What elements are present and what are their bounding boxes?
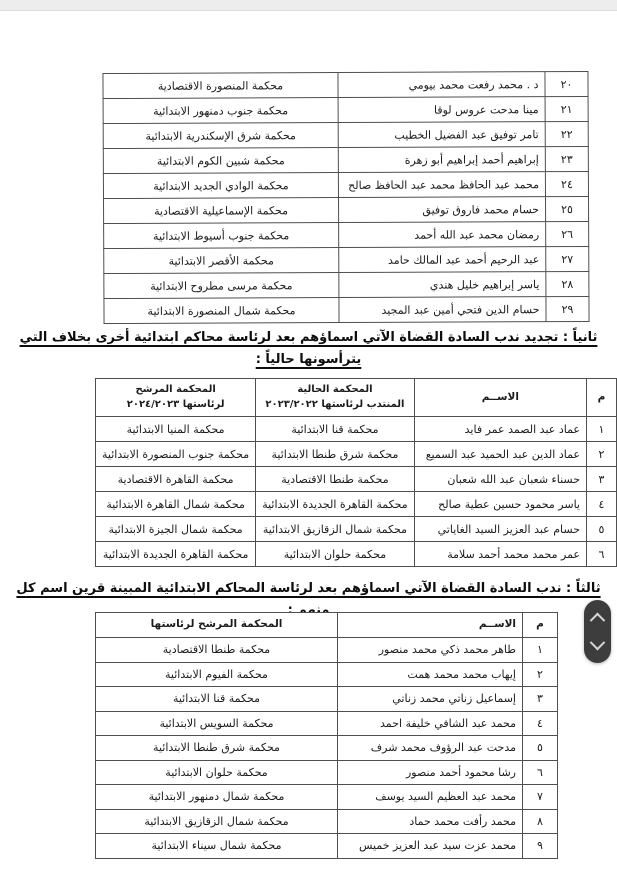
judge-name: مدحت عبد الرؤوف محمد شرف bbox=[338, 736, 523, 761]
table-row: ٢٠ د . محمد رفعت محمد بيومي محكمة المنصو… bbox=[103, 71, 588, 98]
header-nominated-court-line2: لرئاستها ٢٠٢٤/٢٠٢٣ bbox=[102, 398, 249, 413]
header-current-court: المحكمة الحالية المنتدب لرئاستها ٢٠٢٣/٢٠… bbox=[256, 379, 414, 417]
row-number: ٢٦ bbox=[546, 221, 589, 246]
judge-name: ياسر إبراهيم خليل هندي bbox=[339, 272, 546, 298]
judge-name: إيهاب محمد محمد همت bbox=[338, 662, 523, 687]
court-name: محكمة المنصورة الاقتصادية bbox=[103, 73, 338, 99]
header-current-court-line1: المحكمة الحالية bbox=[262, 383, 407, 398]
current-court: محكمة القاهرة الجديدة الابتدائية bbox=[256, 492, 414, 517]
judge-name: محمد عزت سيد عبد العزيز خميس bbox=[338, 834, 523, 859]
header-number: م bbox=[587, 379, 617, 417]
table-row: ٢٧ عبد الرحيم أحمد عبد المالك حامد محكمة… bbox=[104, 246, 589, 273]
judge-name: حسام الدين فتحي أمين عبد المجيد bbox=[339, 297, 546, 323]
table-row: ٢٥ حسام محمد فاروق توفيق محكمة الإسماعيل… bbox=[104, 196, 589, 223]
judge-name: عبد الرحيم أحمد عبد المالك حامد bbox=[339, 247, 546, 273]
judge-name: حسام عبد العزيز السيد الغاياتي bbox=[414, 517, 586, 542]
current-court: محكمة شمال الزقازيق الابتدائية bbox=[256, 517, 414, 542]
judge-name: د . محمد رفعت محمد بيومي bbox=[338, 72, 545, 98]
nominated-court: محكمة شمال الزقازيق الابتدائية bbox=[96, 809, 338, 834]
page-top-edge bbox=[0, 0, 617, 11]
judge-name: رشا محمود أحمد منصور bbox=[338, 760, 523, 785]
row-number: ١ bbox=[587, 417, 617, 442]
judge-name: إسماعيل زناتي محمد زناتي bbox=[338, 687, 523, 712]
court-name: محكمة جنوب أسيوط الابتدائية bbox=[104, 223, 339, 249]
row-number: ٣ bbox=[587, 467, 617, 492]
judge-name: ياسر محمود حسين عطية صالح bbox=[414, 492, 586, 517]
table-row: ٢٢ تامر توفيق عبد الفضيل الخطيب محكمة شر… bbox=[103, 121, 588, 148]
judge-name: رمضان محمد عبد الله أحمد bbox=[339, 222, 546, 248]
court-name: محكمة مرسى مطروح الابتدائية bbox=[104, 273, 339, 299]
judge-name: محمد عبد الحافظ محمد عبد الحافظ صالح bbox=[338, 172, 545, 198]
court-name: محكمة الوادي الجديد الابتدائية bbox=[103, 173, 338, 199]
court-name: محكمة جنوب دمنهور الابتدائية bbox=[103, 98, 338, 124]
chevron-up-icon bbox=[590, 613, 606, 629]
nominated-court: محكمة القاهرة الاقتصادية bbox=[96, 467, 256, 492]
nominated-court: محكمة المنيا الابتدائية bbox=[96, 417, 256, 442]
table-row: ٢١ مينا مدحت عروس لوقا محكمة جنوب دمنهور… bbox=[103, 96, 588, 123]
nominated-court: محكمة الفيوم الابتدائية bbox=[96, 662, 338, 687]
nominated-court: محكمة السويس الابتدائية bbox=[96, 711, 338, 736]
nominated-court: محكمة جنوب المنصورة الابتدائية bbox=[96, 442, 256, 467]
section2-heading-line2: يترأسونها حالياً : bbox=[256, 352, 362, 367]
scroll-widget bbox=[584, 600, 611, 663]
nominated-court: محكمة طنطا الاقتصادية bbox=[96, 638, 338, 663]
row-number: ٢٥ bbox=[545, 196, 588, 221]
judge-name: مينا مدحت عروس لوقا bbox=[338, 97, 545, 123]
row-number: ٤ bbox=[523, 711, 558, 736]
current-court: محكمة حلوان الابتدائية bbox=[256, 542, 414, 567]
table-row: ٧ محمد عبد العظيم السيد يوسف محكمة شمال … bbox=[96, 785, 558, 810]
row-number: ٢٧ bbox=[546, 246, 589, 271]
nominated-court: محكمة شمال القاهرة الابتدائية bbox=[96, 492, 256, 517]
judge-name: حسام محمد فاروق توفيق bbox=[339, 197, 546, 223]
table-continued-list: ٢٠ د . محمد رفعت محمد بيومي محكمة المنصو… bbox=[102, 71, 589, 324]
judge-name: عمر محمد محمد أحمد سلامة bbox=[414, 542, 586, 567]
scanned-judicial-document: { "table1": { "rows": [ {"num": "٢٠", "n… bbox=[0, 0, 617, 896]
row-number: ٨ bbox=[523, 809, 558, 834]
chevron-down-icon bbox=[590, 635, 606, 651]
scroll-up-button[interactable] bbox=[588, 608, 607, 627]
row-number: ٢١ bbox=[545, 96, 588, 121]
row-number: ٥ bbox=[587, 517, 617, 542]
judge-name: عماد عبد الصمد عمر فايد bbox=[414, 417, 586, 442]
row-number: ٢٠ bbox=[545, 71, 588, 96]
row-number: ٢ bbox=[587, 442, 617, 467]
table-header-row: م الاســم المحكمة الحالية المنتدب لرئاست… bbox=[96, 379, 617, 417]
table-row: ٢٩ حسام الدين فتحي أمين عبد المجيد محكمة… bbox=[104, 296, 589, 323]
nominated-court: محكمة شمال الجيزة الابتدائية bbox=[96, 517, 256, 542]
table-header-row: م الاســم المحكمة المرشح لرئاستها bbox=[96, 613, 558, 638]
row-number: ٣ bbox=[523, 687, 558, 712]
row-number: ١ bbox=[523, 638, 558, 663]
judge-name: محمد رأفت محمد حماد bbox=[338, 809, 523, 834]
current-court: محكمة شرق طنطا الابتدائية bbox=[256, 442, 414, 467]
table-row: ٢٨ ياسر إبراهيم خليل هندي محكمة مرسى مطر… bbox=[104, 271, 589, 298]
scroll-down-button[interactable] bbox=[588, 636, 607, 655]
nominated-court: محكمة شمال دمنهور الابتدائية bbox=[96, 785, 338, 810]
court-name: محكمة شمال المنصورة الابتدائية bbox=[104, 298, 339, 324]
table-row: ٣ إسماعيل زناتي محمد زناتي محكمة قنا الا… bbox=[96, 687, 558, 712]
table-row: ٩ محمد عزت سيد عبد العزيز خميس محكمة شما… bbox=[96, 834, 558, 859]
header-name: الاســم bbox=[414, 379, 586, 417]
table-row: ٢٦ رمضان محمد عبد الله أحمد محكمة جنوب أ… bbox=[104, 221, 589, 248]
nominated-court: محكمة قنا الابتدائية bbox=[96, 687, 338, 712]
current-court: محكمة قنا الابتدائية bbox=[256, 417, 414, 442]
row-number: ٤ bbox=[587, 492, 617, 517]
nominated-court: محكمة القاهرة الجديدة الابتدائية bbox=[96, 542, 256, 567]
judge-name: محمد عبد الشافي خليفة احمد bbox=[338, 711, 523, 736]
table-renewal-delegations: م الاســم المحكمة الحالية المنتدب لرئاست… bbox=[95, 378, 617, 567]
header-name: الاســم bbox=[338, 613, 523, 638]
nominated-court: محكمة شرق طنطا الابتدائية bbox=[96, 736, 338, 761]
table-row: ٢٤ محمد عبد الحافظ محمد عبد الحافظ صالح … bbox=[103, 171, 588, 198]
table-row: ١ عماد عبد الصمد عمر فايد محكمة قنا الاب… bbox=[96, 417, 617, 442]
table-row: ٢ إيهاب محمد محمد همت محكمة الفيوم الابت… bbox=[96, 662, 558, 687]
row-number: ٢٤ bbox=[545, 171, 588, 196]
table-row: ٢٣ إبراهيم أحمد إبراهيم أبو زهرة محكمة ش… bbox=[103, 146, 588, 173]
court-name: محكمة شرق الإسكندرية الابتدائية bbox=[103, 123, 338, 149]
row-number: ٢٢ bbox=[545, 121, 588, 146]
judge-name: تامر توفيق عبد الفضيل الخطيب bbox=[338, 122, 545, 148]
row-number: ٦ bbox=[587, 542, 617, 567]
header-nominated-court-line1: المحكمة المرشح bbox=[102, 383, 249, 398]
table-row: ٤ ياسر محمود حسين عطية صالح محكمة القاهر… bbox=[96, 492, 617, 517]
header-current-court-line2: المنتدب لرئاستها ٢٠٢٣/٢٠٢٢ bbox=[262, 398, 407, 413]
current-court: محكمة طنطا الاقتصادية bbox=[256, 467, 414, 492]
table-row: ٦ عمر محمد محمد أحمد سلامة محكمة حلوان ا… bbox=[96, 542, 617, 567]
row-number: ٢٩ bbox=[546, 296, 589, 321]
row-number: ٥ bbox=[523, 736, 558, 761]
table-row: ٤ محمد عبد الشافي خليفة احمد محكمة السوي… bbox=[96, 711, 558, 736]
table-row: ٨ محمد رأفت محمد حماد محكمة شمال الزقازي… bbox=[96, 809, 558, 834]
row-number: ٢٨ bbox=[546, 271, 589, 296]
header-number: م bbox=[523, 613, 558, 638]
table-new-delegations: م الاســم المحكمة المرشح لرئاستها ١ طاهر… bbox=[95, 612, 558, 859]
table-row: ٢ عماد الدين عبد الحميد عبد السميع محكمة… bbox=[96, 442, 617, 467]
row-number: ٧ bbox=[523, 785, 558, 810]
court-name: محكمة شبين الكوم الابتدائية bbox=[103, 148, 338, 174]
court-name: محكمة الإسماعيلية الاقتصادية bbox=[104, 198, 339, 224]
judge-name: إبراهيم أحمد إبراهيم أبو زهرة bbox=[338, 147, 545, 173]
nominated-court: محكمة حلوان الابتدائية bbox=[96, 760, 338, 785]
judge-name: حسناء شعبان عبد الله شعبان bbox=[414, 467, 586, 492]
table-row: ٥ حسام عبد العزيز السيد الغاياتي محكمة ش… bbox=[96, 517, 617, 542]
nominated-court: محكمة شمال سيناء الابتدائية bbox=[96, 834, 338, 859]
section2-heading-line1: ثانياً : تجديد ندب السادة القضاة الآتي ا… bbox=[20, 330, 598, 345]
table-row: ٥ مدحت عبد الرؤوف محمد شرف محكمة شرق طنط… bbox=[96, 736, 558, 761]
row-number: ٦ bbox=[523, 760, 558, 785]
header-nominated-court: المحكمة المرشح لرئاستها bbox=[96, 613, 338, 638]
row-number: ٩ bbox=[523, 834, 558, 859]
row-number: ٢٣ bbox=[545, 146, 588, 171]
judge-name: عماد الدين عبد الحميد عبد السميع bbox=[414, 442, 586, 467]
row-number: ٢ bbox=[523, 662, 558, 687]
judge-name: محمد عبد العظيم السيد يوسف bbox=[338, 785, 523, 810]
table-row: ٦ رشا محمود أحمد منصور محكمة حلوان الابت… bbox=[96, 760, 558, 785]
section2-heading: ثانياً : تجديد ندب السادة القضاة الآتي ا… bbox=[0, 327, 617, 371]
court-name: محكمة الأقصر الابتدائية bbox=[104, 248, 339, 274]
table-row: ١ طاهر محمد ذكي محمد منصور محكمة طنطا ال… bbox=[96, 638, 558, 663]
header-nominated-court: المحكمة المرشح لرئاستها ٢٠٢٤/٢٠٢٣ bbox=[96, 379, 256, 417]
judge-name: طاهر محمد ذكي محمد منصور bbox=[338, 638, 523, 663]
table-row: ٣ حسناء شعبان عبد الله شعبان محكمة طنطا … bbox=[96, 467, 617, 492]
